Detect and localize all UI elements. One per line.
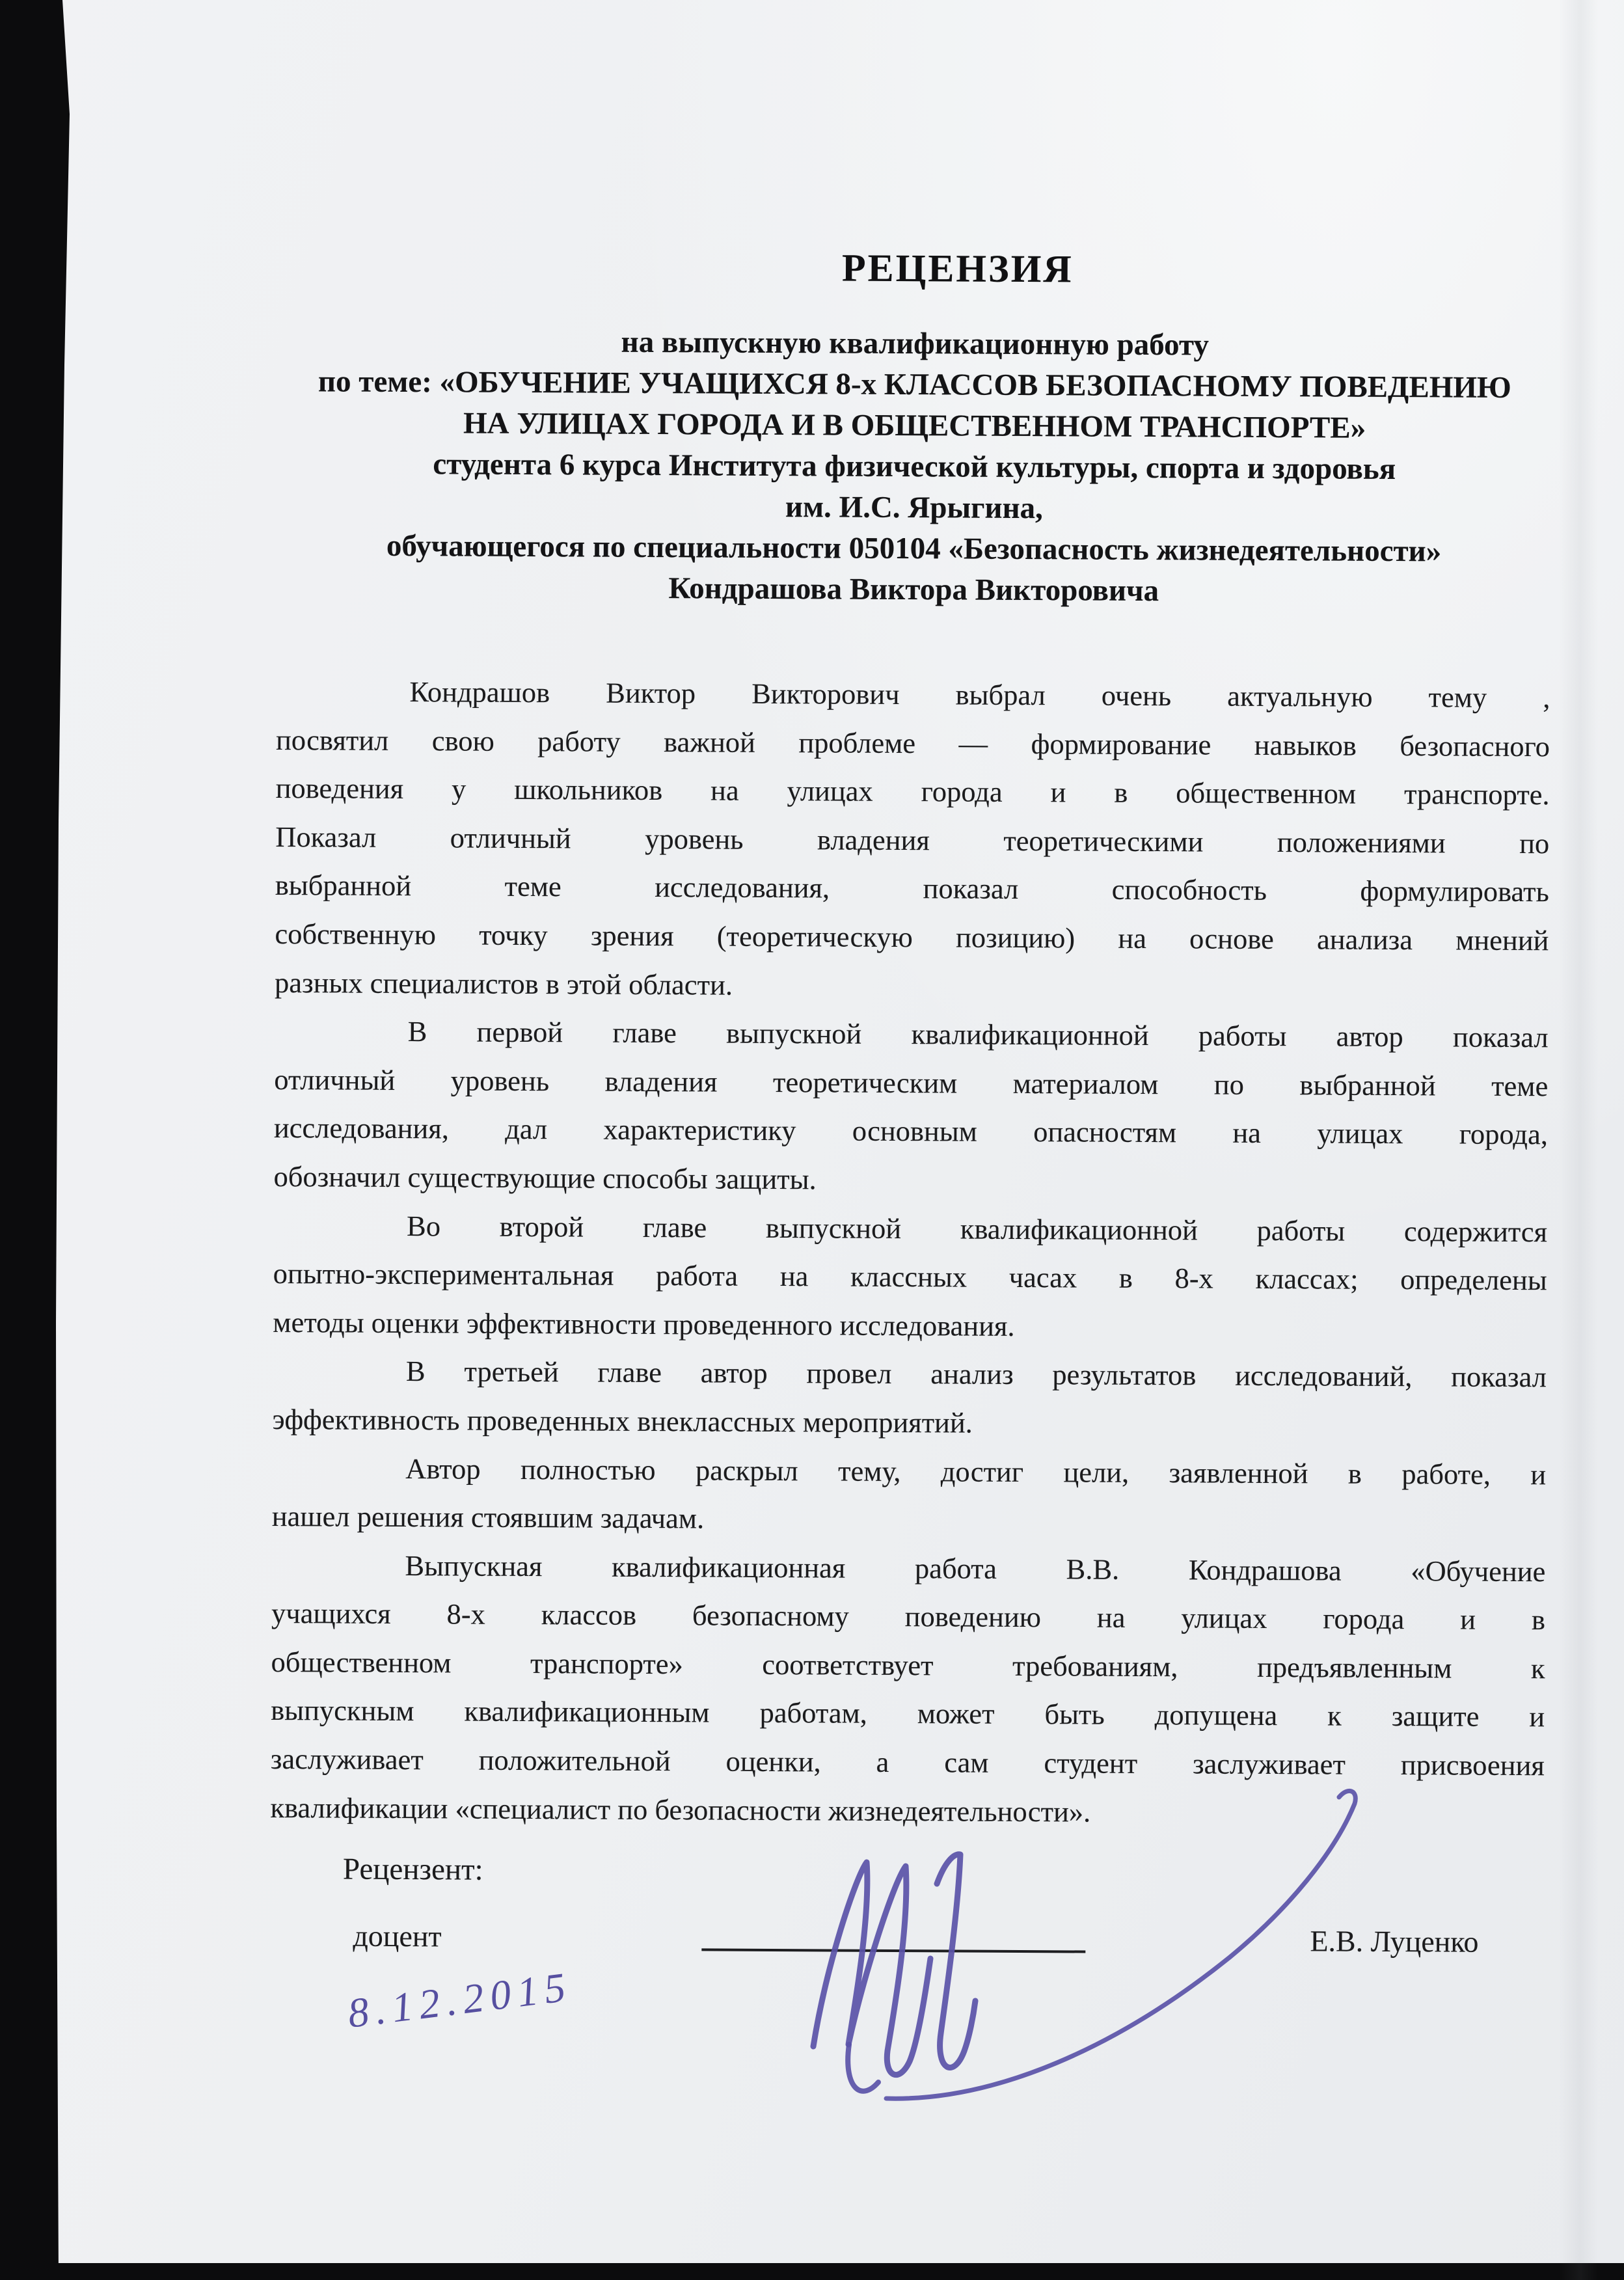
reviewer-label: Рецензент: bbox=[270, 1845, 1544, 1899]
body-line: В третьей главе автор провел анализ резу… bbox=[273, 1346, 1547, 1402]
body-paragraph-2: В первой главе выпускной квалификационно… bbox=[273, 1007, 1549, 1208]
body-line: собственную точку зрения (теоретическую … bbox=[275, 910, 1549, 965]
document-content: РЕЦЕНЗИЯ на выпускную квалификационную р… bbox=[269, 0, 1554, 1962]
body-line: обозначил существующие способы защиты. bbox=[273, 1152, 1547, 1208]
body-line: квалификации «специалист по безопасности… bbox=[270, 1784, 1544, 1839]
signature-line bbox=[701, 1949, 1085, 1953]
body-line: опытно-экспериментальная работа на класс… bbox=[273, 1249, 1547, 1305]
body-line: отличный уровень владения теоретическим … bbox=[274, 1055, 1548, 1111]
subtitle-line: на выпускную квалификационную работу bbox=[278, 320, 1552, 368]
body-line: заслуживает положительной оценки, а сам … bbox=[271, 1735, 1545, 1790]
signature-row: доцент Е.В. Луценко bbox=[269, 1916, 1543, 1962]
body-paragraph-4: В третьей главе автор провел анализ резу… bbox=[272, 1346, 1547, 1450]
body-line: выбранной теме исследования, показал спо… bbox=[275, 861, 1549, 916]
body-line: поведения у школьников на улицах города … bbox=[275, 764, 1549, 819]
body-paragraph-5: Автор полностью раскрыл тему, достиг цел… bbox=[272, 1443, 1547, 1547]
subtitle-line: студента 6 курса Института физической ку… bbox=[277, 443, 1551, 491]
body-line: посвятил свою работу важной проблеме — ф… bbox=[276, 716, 1550, 771]
body-line: выпускным квалификационным работам, може… bbox=[271, 1686, 1545, 1741]
subtitle-line: по теме: «ОБУЧЕНИЕ УЧАЩИХСЯ 8-х КЛАССОВ … bbox=[278, 361, 1552, 409]
reviewer-name: Е.В. Луценко bbox=[1310, 1922, 1478, 1962]
body-line: эффективность проведенных внеклассных ме… bbox=[272, 1395, 1546, 1450]
body-line: учащихся 8-х классов безопасному поведен… bbox=[271, 1589, 1545, 1644]
subtitle-line: НА УЛИЦАХ ГОРОДА И В ОБЩЕСТВЕННОМ ТРАНСП… bbox=[277, 402, 1551, 450]
body-line: Показал отличный уровень владения теорет… bbox=[275, 813, 1549, 868]
document-title: РЕЦЕНЗИЯ bbox=[321, 242, 1595, 294]
handwritten-date: 8.12.2015 bbox=[345, 1962, 574, 2038]
body-paragraph-3: Во второй главе выпускной квалификационн… bbox=[273, 1201, 1547, 1353]
body-line: В первой главе выпускной квалификационно… bbox=[275, 1007, 1549, 1062]
subtitle-line: им. И.С. Ярыгина, bbox=[277, 484, 1551, 532]
body-line: разных специалистов в этой области. bbox=[275, 958, 1549, 1014]
body-line: исследования, дал характеристику основны… bbox=[274, 1104, 1548, 1159]
subtitle-line: обучающегося по специальности 050104 «Бе… bbox=[277, 525, 1550, 573]
scan-backing-left-edge bbox=[0, 0, 85, 2280]
body-paragraph-1: Кондрашов Виктор Викторович выбрал очень… bbox=[275, 667, 1550, 1013]
review-body: Кондрашов Виктор Викторович выбрал очень… bbox=[270, 667, 1550, 1838]
document-subtitle: на выпускную квалификационную работу по … bbox=[277, 320, 1552, 614]
subtitle-line: Кондрашова Виктора Викторовича bbox=[277, 566, 1550, 614]
body-line: Автор полностью раскрыл тему, достиг цел… bbox=[272, 1443, 1546, 1499]
body-line: нашел решения стоявшим задачам. bbox=[272, 1492, 1546, 1547]
body-line: Выпускная квалификационная работа В.В. К… bbox=[271, 1541, 1545, 1596]
reviewer-position: доцент bbox=[353, 1917, 441, 1957]
scanned-review-page: РЕЦЕНЗИЯ на выпускную квалификационную р… bbox=[0, 0, 1624, 2280]
body-line: Во второй главе выпускной квалификационн… bbox=[273, 1201, 1547, 1256]
scan-backing-bottom-edge bbox=[0, 2263, 1624, 2280]
body-paragraph-6: Выпускная квалификационная работа В.В. К… bbox=[270, 1541, 1545, 1839]
body-line: методы оценки эффективности проведенного… bbox=[273, 1298, 1547, 1353]
body-line: общественном транспорте» соответствует т… bbox=[271, 1638, 1545, 1693]
body-line: Кондрашов Виктор Викторович выбрал очень… bbox=[276, 667, 1550, 722]
